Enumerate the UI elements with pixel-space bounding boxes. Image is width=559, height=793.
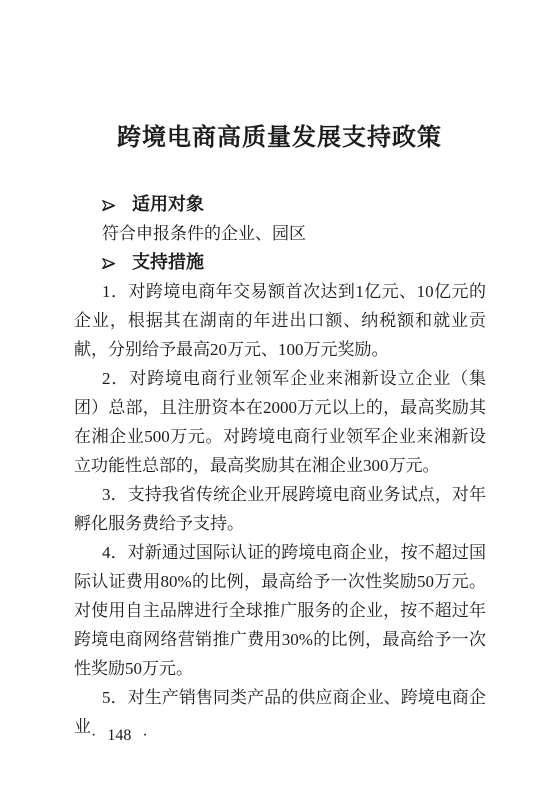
measure-paragraph-1: 1．对跨境电商年交易额首次达到1亿元、10亿元的企业，根据其在湖南的年进出口额、… [74, 277, 486, 364]
section-heading-applicable-objects: 适用对象 [74, 190, 486, 219]
arrowhead-bullet-icon [102, 248, 132, 277]
arrowhead-bullet-icon [102, 190, 132, 219]
page-number: · 148 · [91, 726, 148, 746]
document-page: 跨境电商高质量发展支持政策 适用对象 符合申报条件的企业、园区 支持措施 1．对… [0, 0, 559, 793]
measure-paragraph-3: 3．支持我省传统企业开展跨境电商业务试点，对年孵化服务费给予支持。 [74, 480, 486, 538]
measure-paragraph-4: 4．对新通过国际认证的跨境电商企业，按不超过国际认证费用80%的比例，最高给予一… [74, 538, 486, 683]
measure-paragraph-2: 2．对跨境电商行业领军企业来湘新设立企业（集团）总部，且注册资本在2000万元以… [74, 364, 486, 480]
section-heading-support-measures: 支持措施 [74, 248, 486, 277]
applicable-objects-text: 符合申报条件的企业、园区 [74, 219, 486, 248]
document-body: 适用对象 符合申报条件的企业、园区 支持措施 1．对跨境电商年交易额首次达到1亿… [74, 190, 486, 741]
section-heading-label: 支持措施 [132, 252, 204, 272]
section-heading-label: 适用对象 [132, 194, 204, 214]
page-title: 跨境电商高质量发展支持政策 [0, 120, 559, 156]
